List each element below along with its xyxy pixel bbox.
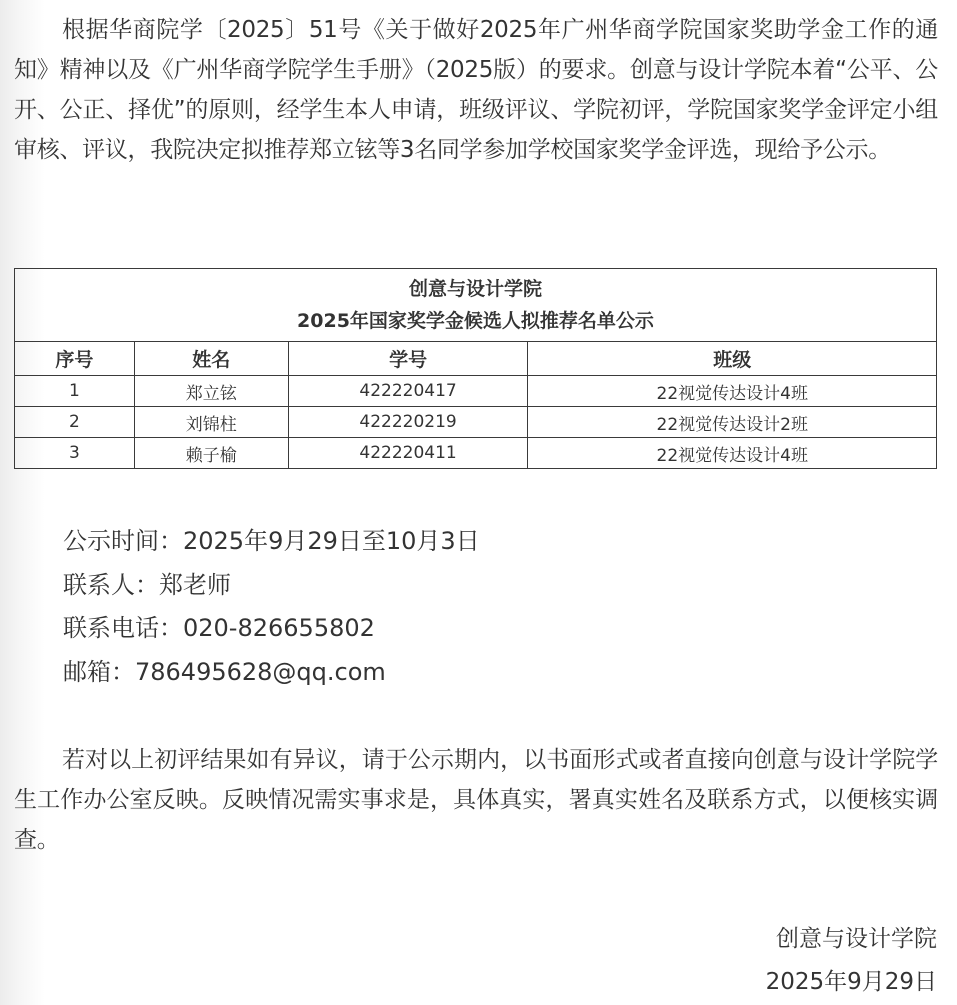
table-row: 2 刘锦柱 422220219 22视觉传达设计2班 <box>15 407 937 438</box>
table-title-main: 2025年国家奖学金候选人拟推荐名单公示 <box>15 305 936 337</box>
intro-paragraph: 根据华商院学〔2025〕51号《关于做好2025年广州华商学院国家奖助学金工作的… <box>14 10 938 170</box>
publicity-period: 公示时间：2025年9月29日至10月3日 <box>63 520 480 564</box>
contact-email: 邮箱：786495628@qq.com <box>63 651 480 695</box>
cell-student-id: 422220417 <box>288 376 528 407</box>
cell-class: 22视觉传达设计4班 <box>528 438 937 469</box>
contact-block: 公示时间：2025年9月29日至10月3日 联系人：郑老师 联系电话：020-8… <box>63 520 480 694</box>
cell-index: 3 <box>15 438 135 469</box>
cell-name: 赖子榆 <box>134 438 288 469</box>
cell-name: 刘锦柱 <box>134 407 288 438</box>
cell-student-id: 422220219 <box>288 407 528 438</box>
column-header-student-id: 学号 <box>288 342 528 376</box>
table-caption: 创意与设计学院 2025年国家奖学金候选人拟推荐名单公示 <box>15 269 937 342</box>
column-header-class: 班级 <box>528 342 937 376</box>
cell-student-id: 422220411 <box>288 438 528 469</box>
table-row: 1 郑立铉 422220417 22视觉传达设计4班 <box>15 376 937 407</box>
table-header-row: 序号 姓名 学号 班级 <box>15 342 937 376</box>
table-row: 3 赖子榆 422220411 22视觉传达设计4班 <box>15 438 937 469</box>
contact-phone: 联系电话：020-826655802 <box>63 607 480 651</box>
cell-index: 1 <box>15 376 135 407</box>
signature-date: 2025年9月29日 <box>766 961 937 1004</box>
signature-block: 创意与设计学院 2025年9月29日 <box>766 918 937 1004</box>
candidate-table: 创意与设计学院 2025年国家奖学金候选人拟推荐名单公示 序号 姓名 学号 班级… <box>14 268 937 469</box>
cell-index: 2 <box>15 407 135 438</box>
cell-class: 22视觉传达设计4班 <box>528 376 937 407</box>
column-header-index: 序号 <box>15 342 135 376</box>
column-header-name: 姓名 <box>134 342 288 376</box>
signature-org: 创意与设计学院 <box>766 918 937 961</box>
cell-class: 22视觉传达设计2班 <box>528 407 937 438</box>
table-title-org: 创意与设计学院 <box>15 273 936 305</box>
objection-paragraph: 若对以上初评结果如有异议，请于公示期内，以书面形式或者直接向创意与设计学院学生工… <box>14 740 938 860</box>
contact-person: 联系人：郑老师 <box>63 564 480 608</box>
cell-name: 郑立铉 <box>134 376 288 407</box>
